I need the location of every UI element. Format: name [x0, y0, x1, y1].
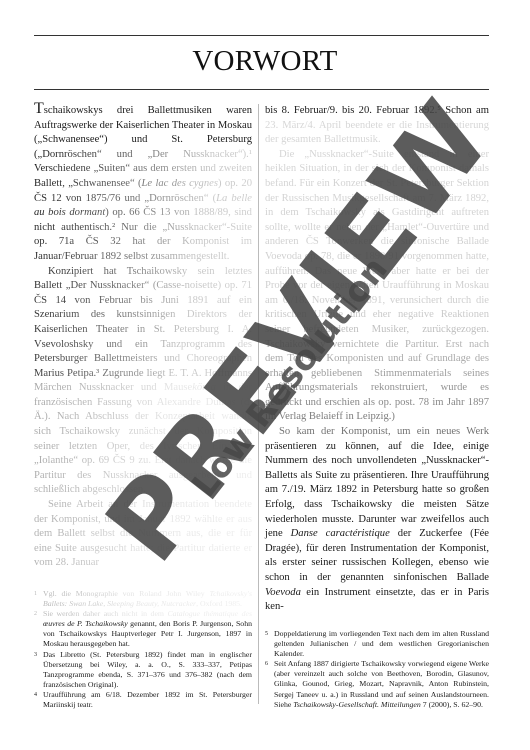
footnote: 2Sie werden daher auch nicht in dem Cata…	[34, 609, 252, 649]
footnotes-left: 1Vgl. die Monographie von Roland John Wi…	[34, 589, 252, 710]
footnote: 5Doppeldatierung im vorliegenden Text na…	[265, 629, 489, 659]
document-page: VORWORT Tschaikowskys drei Ballettmusike…	[0, 0, 530, 750]
paragraph: Seine Arbeit an der Instrumentation been…	[34, 498, 252, 571]
column-divider	[258, 104, 259, 704]
left-column: Tschaikowskys drei Ballettmusiken waren …	[34, 104, 252, 571]
paragraph: Konzipiert hat Tschaikowsky sein letztes…	[34, 265, 252, 499]
right-column: bis 8. Februar/9. bis 20. Februar 1892.⁵…	[265, 104, 489, 615]
paragraph: Tschaikowskys drei Ballettmusiken waren …	[34, 104, 252, 265]
title-rule-bottom	[34, 89, 489, 90]
drop-cap: T	[34, 100, 44, 117]
footnote: 1Vgl. die Monographie von Roland John Wi…	[34, 589, 252, 609]
paragraph: So kam der Komponist, um ein neues Werk …	[265, 425, 489, 615]
title-rule-top	[34, 35, 489, 36]
footnote: 6Seit Anfang 1887 dirigierte Tschaikowsk…	[265, 659, 489, 709]
paragraph: Die „Nussknacker“-Suite entstand in eine…	[265, 148, 489, 425]
footnotes-right: 5Doppeldatierung im vorliegenden Text na…	[265, 629, 489, 710]
footnote: 3Das Libretto (St. Petersburg 1892) find…	[34, 650, 252, 690]
paragraph: bis 8. Februar/9. bis 20. Februar 1892.⁵…	[265, 104, 489, 148]
page-title: VORWORT	[0, 45, 530, 78]
footnote: 4Uraufführung am 6/18. Dezember 1892 im …	[34, 690, 252, 710]
